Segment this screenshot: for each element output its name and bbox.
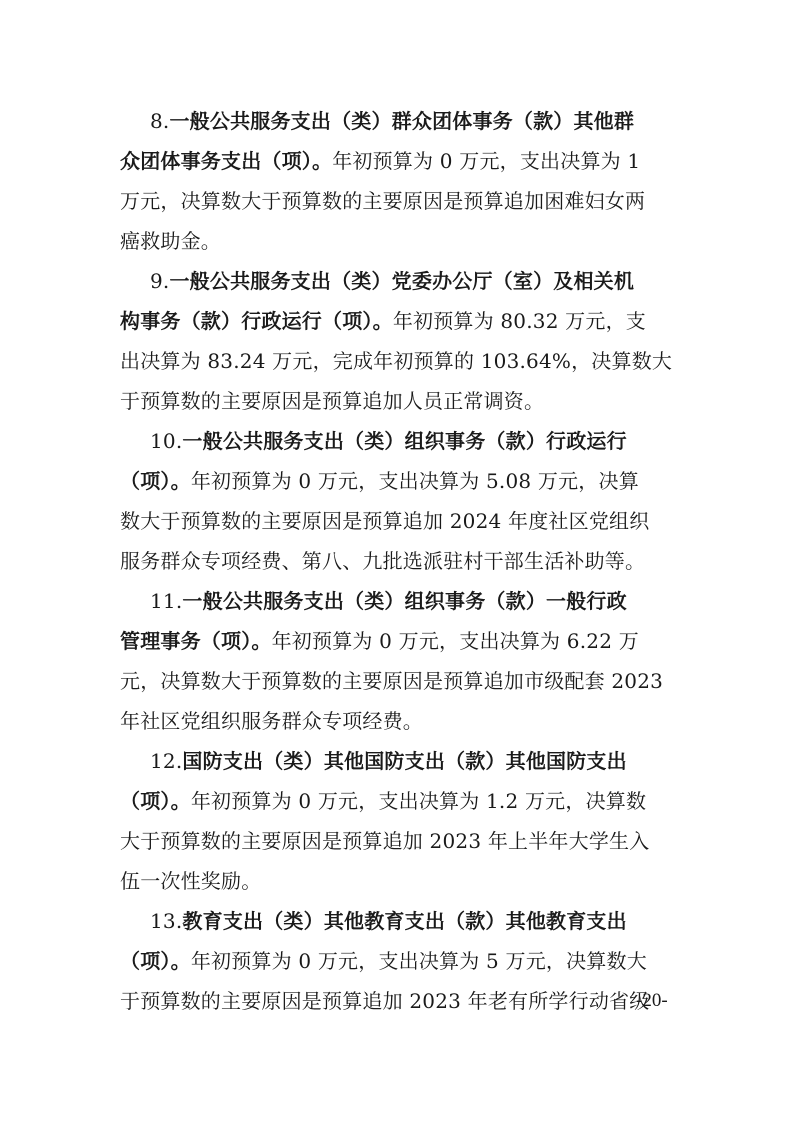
item-number: 13. <box>150 909 182 933</box>
body-text: 元，决算数大于预算数的主要原因是预算追加市级配套 2023 <box>120 669 663 693</box>
text-line: 管理事务（项）。年初预算为 0 万元，支出决算为 6.22 万 <box>120 621 669 661</box>
bold-heading: （项）。 <box>120 469 191 493</box>
bold-heading: 一般公共服务支出（类）组织事务（款）一般行政 <box>182 589 626 613</box>
text-line: 于预算数的主要原因是预算追加人员正常调资。 <box>120 381 669 421</box>
body-text: 年社区党组织服务群众专项经费。 <box>120 709 423 733</box>
bold-heading: 构事务（款）行政运行（项）。 <box>120 309 393 333</box>
text-line: 众团体事务支出（项）。年初预算为 0 万元，支出决算为 1 <box>120 141 669 181</box>
item-number: 12. <box>150 749 182 773</box>
text-line: 11.一般公共服务支出（类）组织事务（款）一般行政 <box>120 581 669 621</box>
text-line: 9.一般公共服务支出（类）党委办公厅（室）及相关机 <box>120 261 669 301</box>
bold-heading: （项）。 <box>120 789 191 813</box>
item-number: 9. <box>150 269 169 293</box>
text-line: 元，决算数大于预算数的主要原因是预算追加市级配套 2023 <box>120 661 669 701</box>
paragraph-item-10: 10.一般公共服务支出（类）组织事务（款）行政运行 （项）。年初预算为 0 万元… <box>120 421 669 581</box>
text-line: 万元，决算数大于预算数的主要原因是预算追加困难妇女两 <box>120 181 669 221</box>
paragraph-item-8: 8.一般公共服务支出（类）群众团体事务（款）其他群 众团体事务支出（项）。年初预… <box>120 101 669 261</box>
text-line: 10.一般公共服务支出（类）组织事务（款）行政运行 <box>120 421 669 461</box>
text-line: 出决算为 83.24 万元，完成年初预算的 103.64%，决算数大 <box>120 341 669 381</box>
text-line: 数大于预算数的主要原因是预算追加 2024 年度社区党组织 <box>120 501 669 541</box>
text-line: 大于预算数的主要原因是预算追加 2023 年上半年大学生入 <box>120 821 669 861</box>
body-text: 癌救助金。 <box>120 229 221 253</box>
body-text: 于预算数的主要原因是预算追加人员正常调资。 <box>120 389 544 413</box>
body-text: 年初预算为 0 万元，支出决算为 5 万元，决算数大 <box>191 949 647 973</box>
body-text: 年初预算为 0 万元，支出决算为 5.08 万元，决算 <box>191 469 639 493</box>
body-text: 出决算为 83.24 万元，完成年初预算的 103.64%，决算数大 <box>120 349 672 373</box>
paragraph-item-9: 9.一般公共服务支出（类）党委办公厅（室）及相关机 构事务（款）行政运行（项）。… <box>120 261 669 421</box>
text-line: 13.教育支出（类）其他教育支出（款）其他教育支出 <box>120 901 669 941</box>
paragraph-item-12: 12.国防支出（类）其他国防支出（款）其他国防支出 （项）。年初预算为 0 万元… <box>120 741 669 901</box>
body-text: 年初预算为 0 万元，支出决算为 6.22 万 <box>272 629 639 653</box>
body-text: 服务群众专项经费、第八、九批选派驻村干部生活补助等。 <box>120 549 645 573</box>
text-line: 年社区党组织服务群众专项经费。 <box>120 701 669 741</box>
body-text: 年初预算为 0 万元，支出决算为 1 <box>332 149 640 173</box>
paragraph-item-13: 13.教育支出（类）其他教育支出（款）其他教育支出 （项）。年初预算为 0 万元… <box>120 901 669 1021</box>
body-text: 于预算数的主要原因是预算追加 2023 年老有所学行动省级 <box>120 989 649 1013</box>
text-line: （项）。年初预算为 0 万元，支出决算为 5.08 万元，决算 <box>120 461 669 501</box>
text-line: 8.一般公共服务支出（类）群众团体事务（款）其他群 <box>120 101 669 141</box>
bold-heading: 众团体事务支出（项）。 <box>120 149 332 173</box>
body-text: 大于预算数的主要原因是预算追加 2023 年上半年大学生入 <box>120 829 649 853</box>
body-text: 数大于预算数的主要原因是预算追加 2024 年度社区党组织 <box>120 509 649 533</box>
bold-heading: 一般公共服务支出（类）群众团体事务（款）其他群 <box>169 109 634 133</box>
body-text: 伍一次性奖励。 <box>120 869 261 893</box>
page-number: -20- <box>636 990 668 1012</box>
item-number: 10. <box>150 429 182 453</box>
document-body: 8.一般公共服务支出（类）群众团体事务（款）其他群 众团体事务支出（项）。年初预… <box>120 101 669 1021</box>
item-number: 11. <box>150 589 182 613</box>
text-line: 伍一次性奖励。 <box>120 861 669 901</box>
text-line: （项）。年初预算为 0 万元，支出决算为 5 万元，决算数大 <box>120 941 669 981</box>
body-text: 年初预算为 80.32 万元，支 <box>393 309 646 333</box>
bold-heading: 教育支出（类）其他教育支出（款）其他教育支出 <box>182 909 626 933</box>
text-line: 癌救助金。 <box>120 221 669 261</box>
item-number: 8. <box>150 109 169 133</box>
bold-heading: 管理事务（项）。 <box>120 629 272 653</box>
bold-heading: 一般公共服务支出（类）党委办公厅（室）及相关机 <box>169 269 634 293</box>
bold-heading: 国防支出（类）其他国防支出（款）其他国防支出 <box>182 749 626 773</box>
body-text: 年初预算为 0 万元，支出决算为 1.2 万元，决算数 <box>191 789 646 813</box>
text-line: 12.国防支出（类）其他国防支出（款）其他国防支出 <box>120 741 669 781</box>
text-line: 服务群众专项经费、第八、九批选派驻村干部生活补助等。 <box>120 541 669 581</box>
paragraph-item-11: 11.一般公共服务支出（类）组织事务（款）一般行政 管理事务（项）。年初预算为 … <box>120 581 669 741</box>
bold-heading: 一般公共服务支出（类）组织事务（款）行政运行 <box>182 429 626 453</box>
text-line: 构事务（款）行政运行（项）。年初预算为 80.32 万元，支 <box>120 301 669 341</box>
text-line: （项）。年初预算为 0 万元，支出决算为 1.2 万元，决算数 <box>120 781 669 821</box>
text-line: 于预算数的主要原因是预算追加 2023 年老有所学行动省级 <box>120 981 669 1021</box>
bold-heading: （项）。 <box>120 949 191 973</box>
body-text: 万元，决算数大于预算数的主要原因是预算追加困难妇女两 <box>120 189 645 213</box>
